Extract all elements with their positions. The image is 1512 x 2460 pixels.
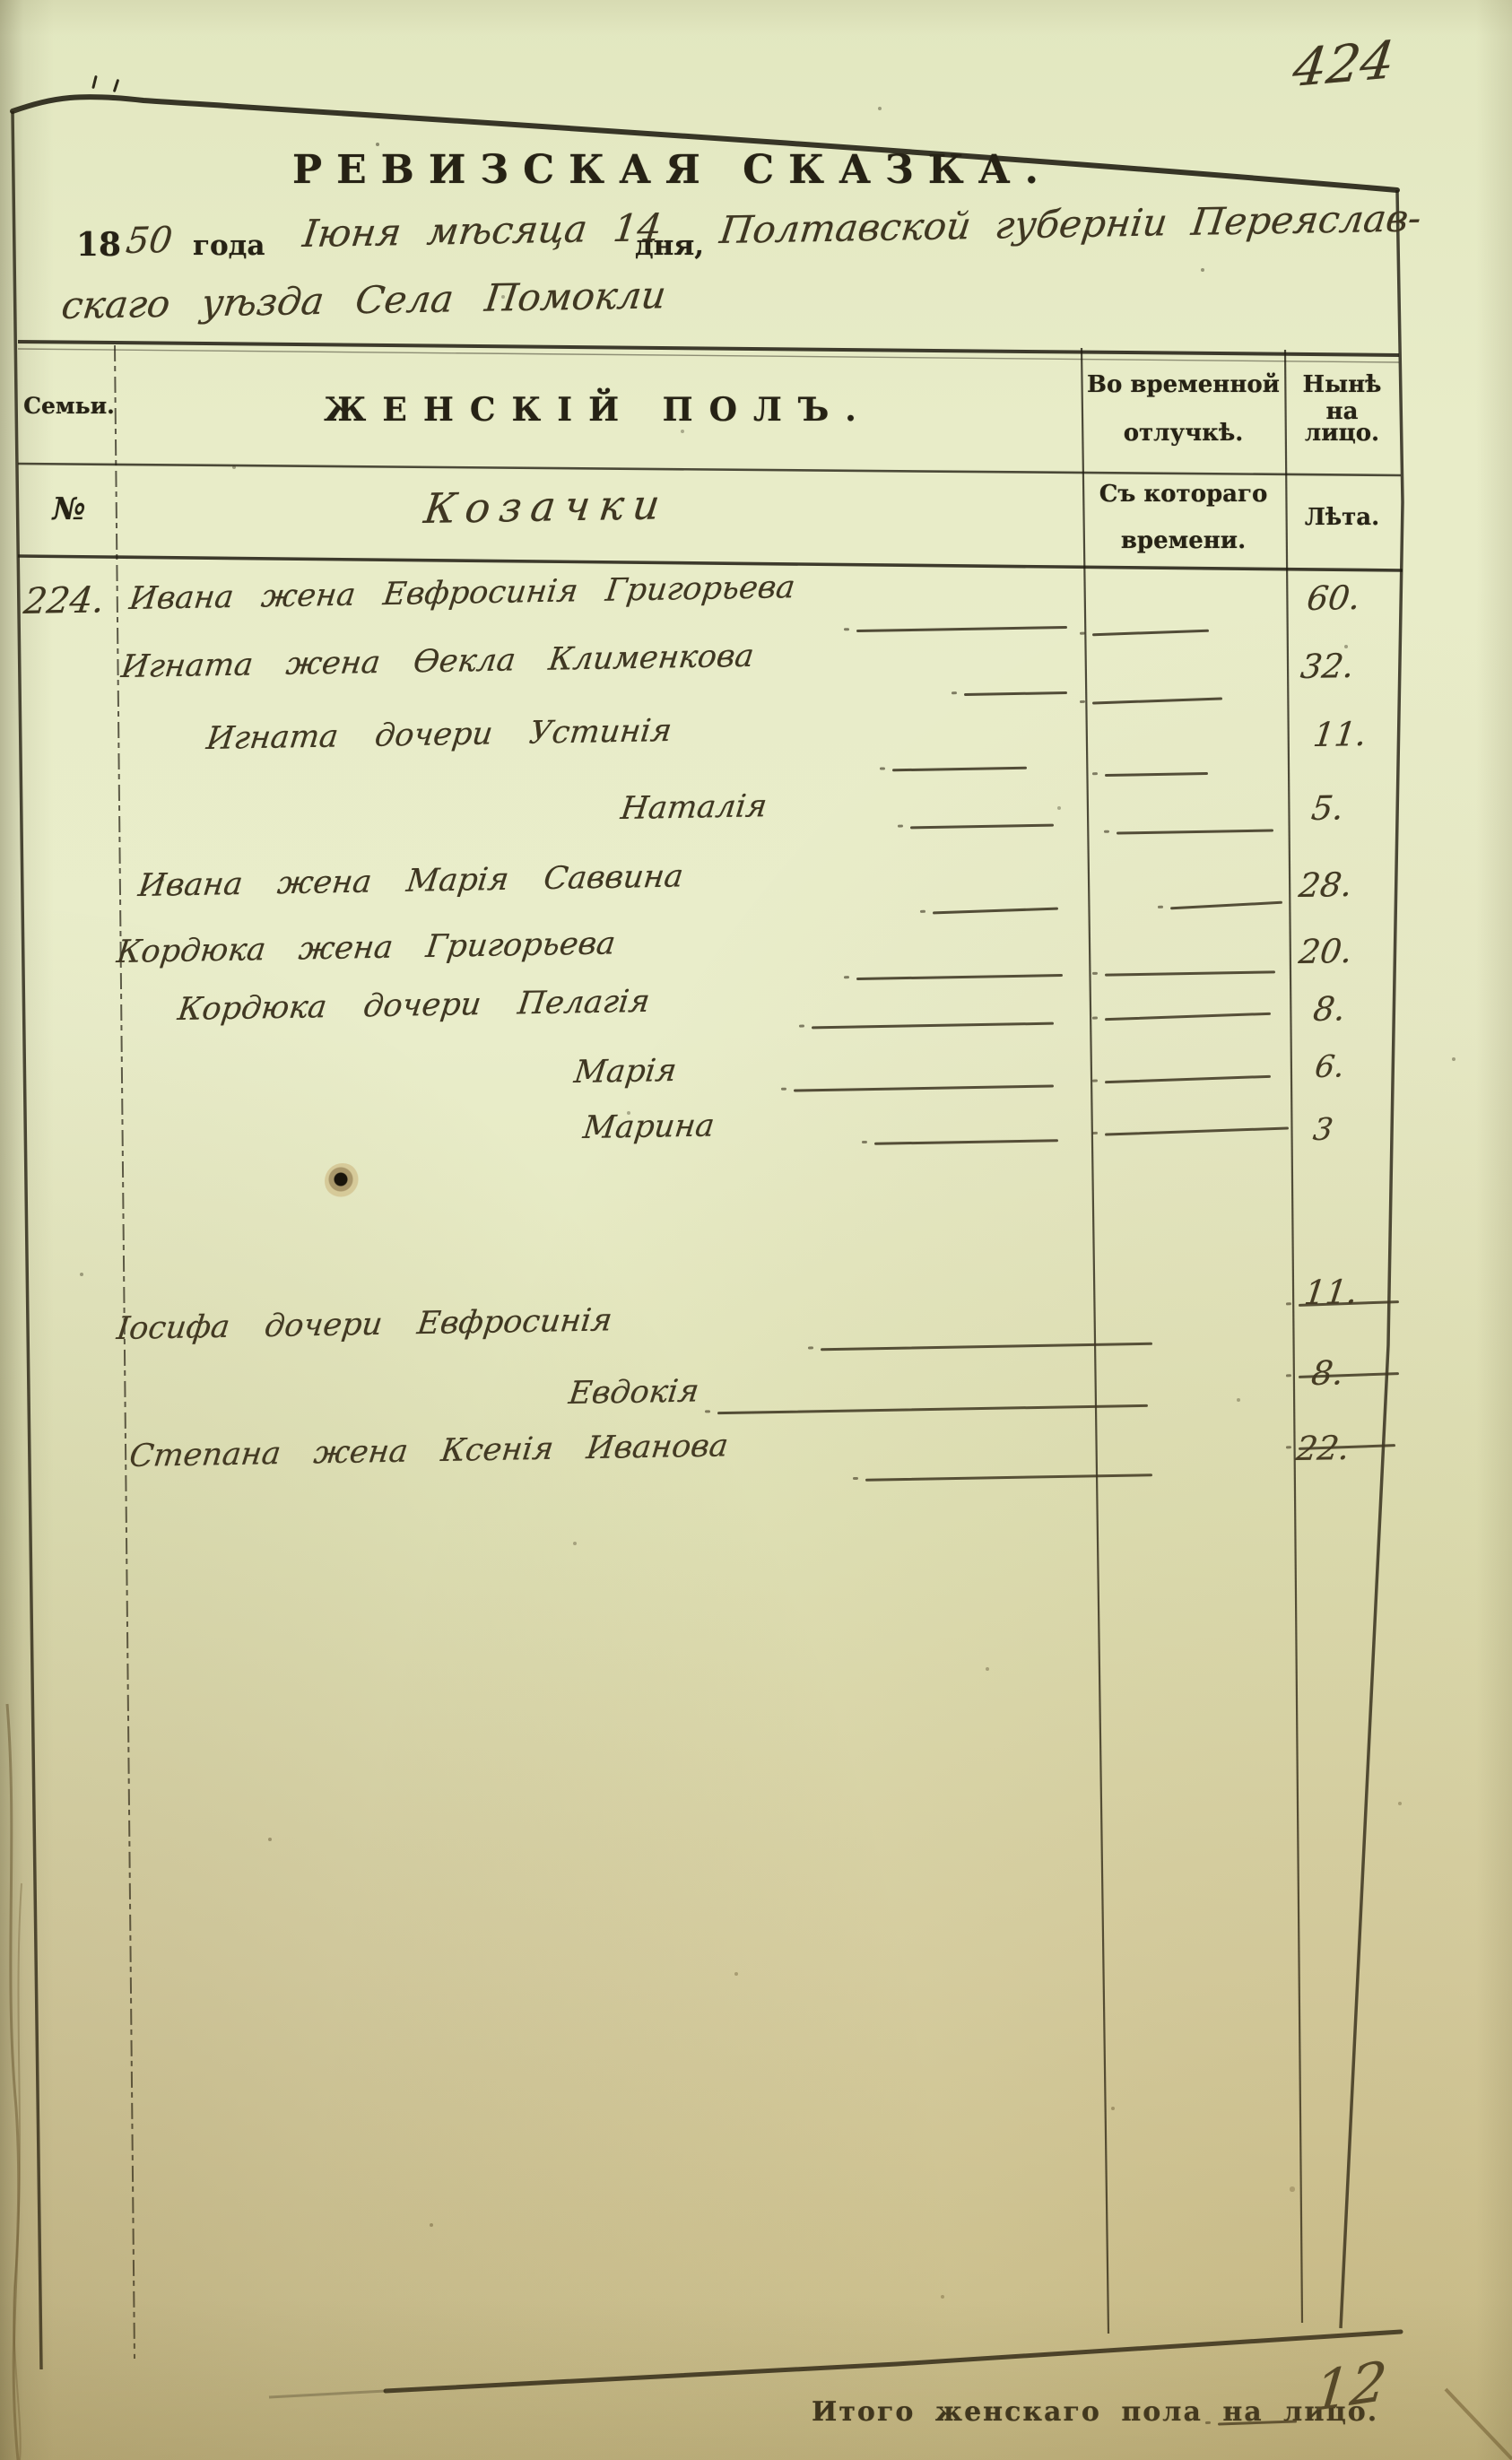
table-row-name: Іосифа дочери Евфросинія <box>115 1302 614 1347</box>
table-row-name: Игната дочери Устинія <box>204 713 673 757</box>
handwritten-year: 50 <box>124 220 175 262</box>
handwritten-estate: Козачки <box>421 480 672 533</box>
page-number: 424 <box>1290 30 1398 99</box>
table-row-age: 60. <box>1305 578 1362 618</box>
table-row-name: Кордюка жена Григорьева <box>115 926 617 970</box>
ditto-dash <box>1092 630 1209 637</box>
printed-goda: года <box>193 230 265 262</box>
ditto-dash <box>1105 1126 1289 1135</box>
paper-vignette <box>0 0 1512 2460</box>
table-row-age: 20. <box>1297 932 1354 971</box>
column-header-absence-line2: отлучкѣ. <box>1082 420 1285 447</box>
ditto-dash <box>1105 772 1208 777</box>
ditto-dash <box>856 974 1063 980</box>
page-title: РЕВИЗСКАЯ СКАЗКА. <box>108 147 1238 193</box>
ink-blot <box>325 1163 361 1199</box>
column-header-since-line1: Съ котораго <box>1082 481 1285 508</box>
table-row-name: Ивана жена Евфросинія Григорьева <box>127 569 797 617</box>
printed-year-prefix: 18 <box>76 226 121 264</box>
table-row-name: Ивана жена Марія Саввина <box>136 858 685 904</box>
table-ruling <box>0 0 1512 2460</box>
handwritten-place-line2: скаго уѣзда Села Помокли <box>59 273 668 327</box>
footer-total-label: Итого женскаго пола на лицо. <box>812 2396 1378 2428</box>
ditto-dash <box>821 1343 1152 1351</box>
column-header-female-sex: ЖЕНСКІЙ ПОЛЪ. <box>115 391 1082 429</box>
footer-total-value: 12 <box>1311 2349 1390 2424</box>
column-header-present-line1: Нынѣ на <box>1285 371 1399 425</box>
column-header-number: № <box>23 491 115 527</box>
table-row-name: Марія <box>572 1053 679 1091</box>
table-row-age: 5. <box>1309 788 1346 828</box>
table-row-age: 3 <box>1311 1112 1335 1148</box>
ditto-dash <box>1105 1013 1271 1021</box>
column-header-present-line2: лицо. <box>1285 420 1399 447</box>
paper-specks <box>0 0 2 2</box>
table-row-name: Степана жена Ксенія Иванова <box>127 1428 730 1474</box>
family-number: 224. <box>22 579 107 622</box>
stray-mark <box>91 75 98 89</box>
ditto-dash <box>874 1139 1058 1145</box>
column-header-absence-line1: Во временной <box>1082 371 1285 398</box>
table-row-name: Евдокія <box>567 1373 701 1412</box>
column-header-years: Лѣта. <box>1285 504 1399 531</box>
document-page: 424 РЕВИЗСКАЯ СКАЗКА. 18 50 года Іюня мѣ… <box>0 0 1512 2460</box>
ditto-dash <box>794 1084 1054 1091</box>
ditto-dash <box>865 1473 1152 1482</box>
column-header-since-line2: времени. <box>1082 527 1285 554</box>
ditto-dash <box>812 1022 1054 1030</box>
ditto-dash <box>717 1404 1148 1414</box>
ditto-dash <box>1092 697 1222 704</box>
ditto-dash <box>856 626 1067 632</box>
table-row-age: 11. <box>1311 715 1369 754</box>
ditto-dash <box>1170 901 1282 910</box>
stray-mark <box>113 79 119 92</box>
table-row-age: 8. <box>1311 989 1348 1029</box>
ditto-dash <box>1105 970 1275 976</box>
ditto-dash <box>1117 829 1273 834</box>
ditto-dash <box>964 691 1067 696</box>
table-row-name: Игната жена Ѳекла Клименкова <box>119 639 756 685</box>
ditto-dash <box>892 767 1027 772</box>
column-header-family: Семьи. <box>23 393 115 419</box>
table-row-age: 32. <box>1299 647 1356 686</box>
table-row-name: Кордюка дочери Пелагія <box>176 984 652 1028</box>
table-row-age: 8. <box>1309 1353 1346 1393</box>
table-row-name: Марина <box>581 1108 717 1146</box>
printed-day-word: дня, <box>635 230 704 262</box>
handwritten-place-line1: Полтавской губерніи Переяслав- <box>717 196 1424 252</box>
ditto-dash <box>1105 1075 1271 1083</box>
table-row-name: Наталія <box>619 788 769 827</box>
table-row-age: 6. <box>1313 1048 1346 1085</box>
ditto-dash <box>933 908 1058 915</box>
handwritten-month-day: Іюня мѣсяца 14 <box>300 205 665 256</box>
ditto-dash <box>910 824 1054 830</box>
table-row-age: 28. <box>1297 865 1354 905</box>
